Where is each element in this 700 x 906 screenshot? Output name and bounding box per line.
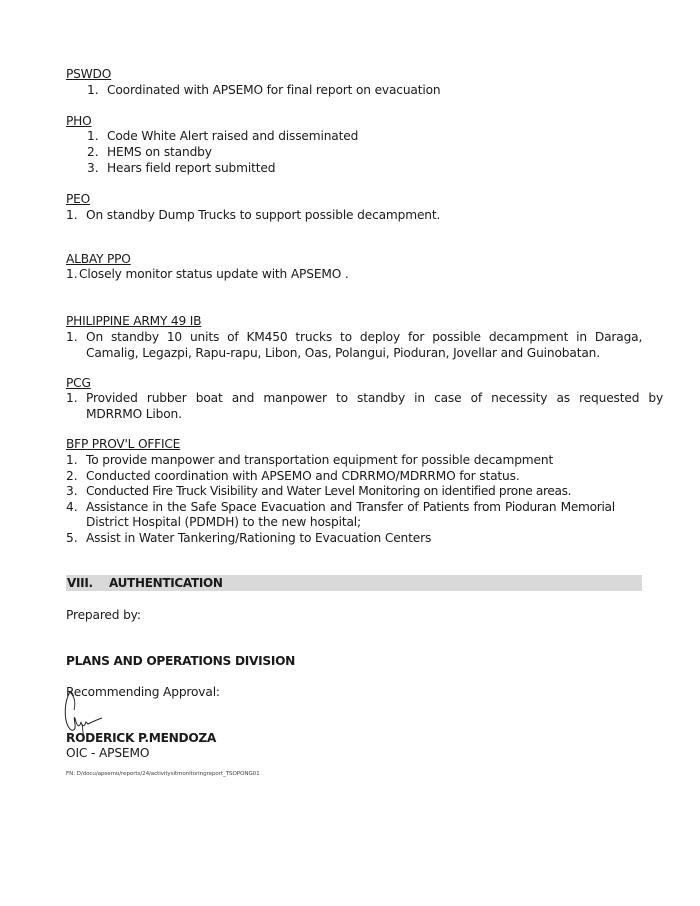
list-number: 1. xyxy=(66,452,78,468)
list-item-continuation: Camalig, Legazpi, Rapu-rapu, Libon, Oas,… xyxy=(86,345,600,361)
section-heading-pho: PHO xyxy=(66,113,92,129)
section-heading-peo: PEO xyxy=(66,191,90,207)
list-number: 5. xyxy=(66,530,78,546)
list-item: Closely monitor status update with APSEM… xyxy=(79,266,349,282)
footer-filename: FN: D/docu/apsemo/reports/24/activitysit… xyxy=(66,770,260,778)
list-item: Conducted coordination with APSEMO and C… xyxy=(86,468,520,484)
list-number: 1. xyxy=(66,390,78,406)
list-item-continuation: MDRRMO Libon. xyxy=(86,406,182,422)
list-item: Hears field report submitted xyxy=(107,160,275,176)
list-number: 2. xyxy=(87,144,99,160)
list-item: Conducted Fire Truck Visibility and Wate… xyxy=(86,483,571,499)
list-number: 4. xyxy=(66,499,78,515)
signatory-title: OIC - APSEMO xyxy=(66,745,149,761)
list-number: 2. xyxy=(66,468,78,484)
list-number: 1. xyxy=(87,82,99,98)
list-number: 1. xyxy=(66,329,78,345)
list-item: Provided rubber boat and manpower to sta… xyxy=(86,390,663,406)
list-number: 1. xyxy=(66,266,78,282)
list-number: 1. xyxy=(66,207,78,223)
section-bar-authentication: VIII. AUTHENTICATION xyxy=(66,575,642,591)
list-item: HEMS on standby xyxy=(107,144,212,160)
list-item: To provide manpower and transportation e… xyxy=(86,452,553,468)
signatory-name: RODERICK P.MENDOZA xyxy=(66,730,216,746)
section-heading-bfp: BFP PROV'L OFFICE xyxy=(66,436,180,452)
document-page: PSWDO 1. Coordinated with APSEMO for fin… xyxy=(0,0,700,906)
list-number: 1. xyxy=(87,128,99,144)
list-number: 3. xyxy=(66,483,78,499)
list-item: Assist in Water Tankering/Rationing to E… xyxy=(86,530,431,546)
list-item: Code White Alert raised and disseminated xyxy=(107,128,358,144)
prepared-by-label: Prepared by: xyxy=(66,607,141,623)
list-item: On standby Dump Trucks to support possib… xyxy=(86,207,440,223)
list-number: 3. xyxy=(87,160,99,176)
list-item-continuation: District Hospital (PDMDH) to the new hos… xyxy=(86,514,361,530)
section-heading-pcg: PCG xyxy=(66,375,91,391)
preparer-name: PLANS AND OPERATIONS DIVISION xyxy=(66,653,295,669)
section-title: AUTHENTICATION xyxy=(109,575,223,591)
list-item: Assistance in the Safe Space Evacuation … xyxy=(86,499,615,515)
section-heading-pswdo: PSWDO xyxy=(66,66,111,82)
section-number: VIII. xyxy=(67,575,93,591)
list-item: Coordinated with APSEMO for final report… xyxy=(107,82,441,98)
section-heading-albay-ppo: ALBAY PPO xyxy=(66,251,131,267)
list-item: On standby 10 units of KM450 trucks to d… xyxy=(86,329,642,345)
section-heading-army: PHILIPPINE ARMY 49 IB xyxy=(66,313,201,329)
